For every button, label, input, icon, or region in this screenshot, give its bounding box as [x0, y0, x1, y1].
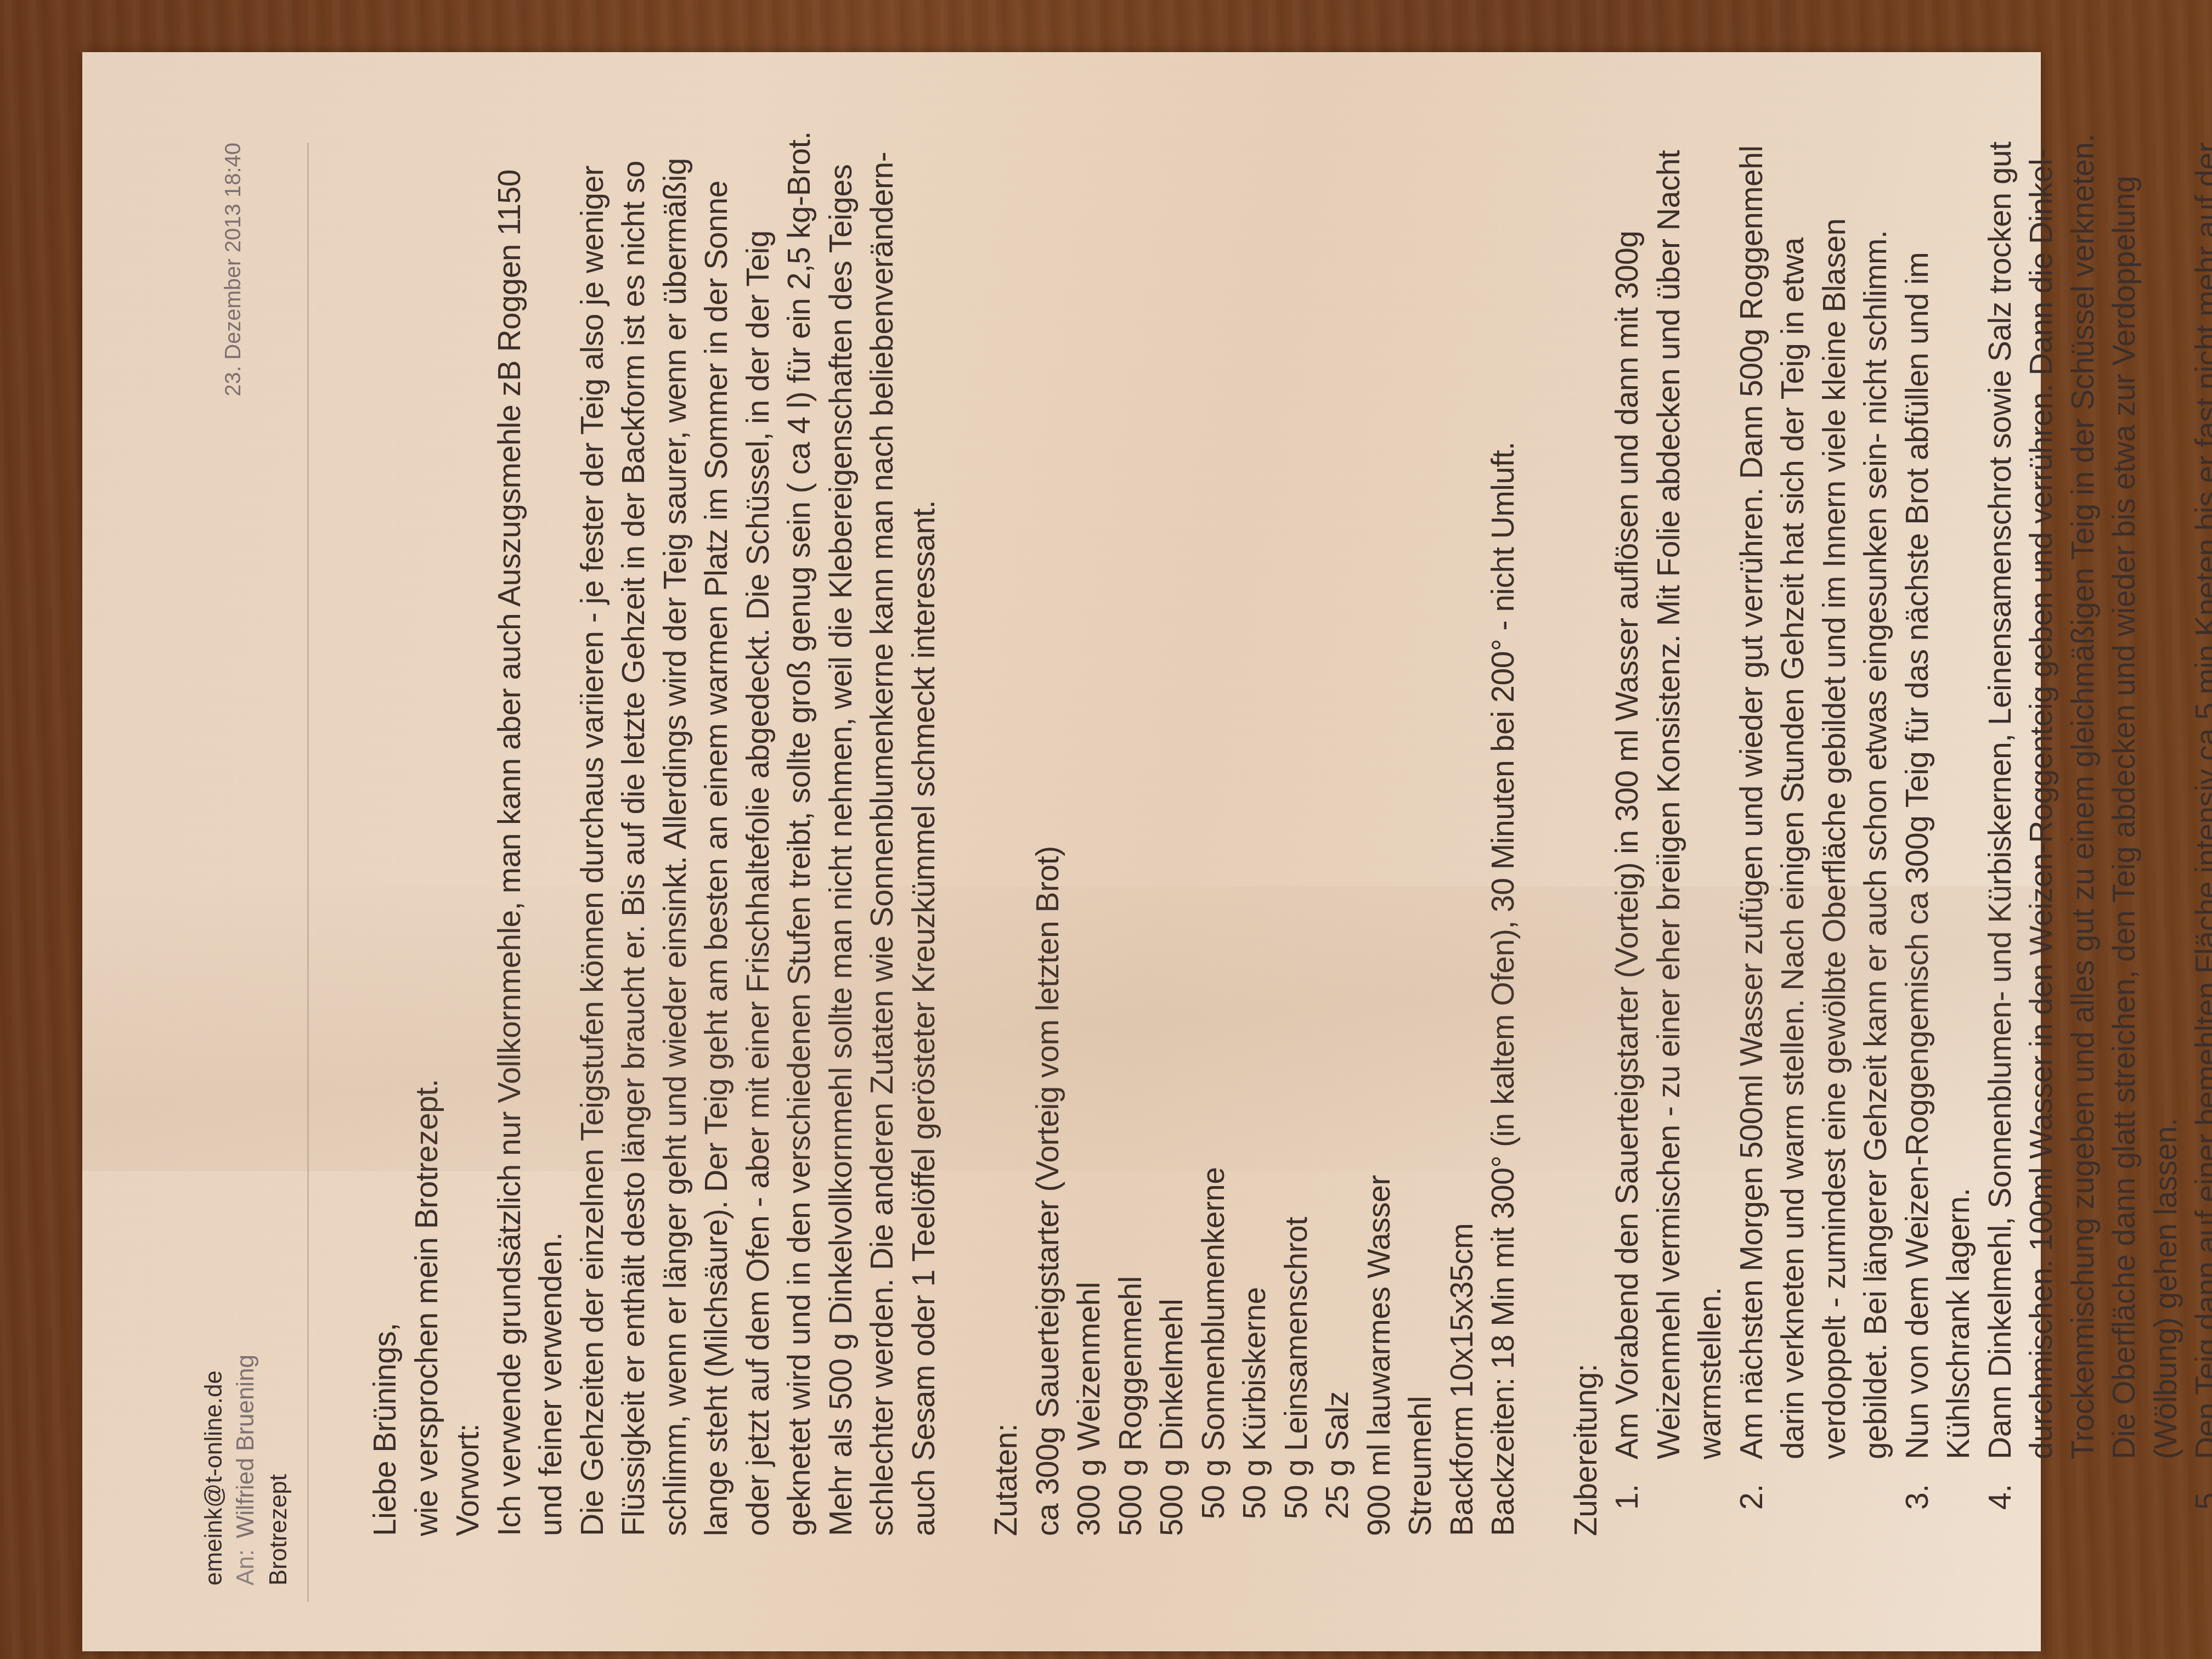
- greeting-line: Liebe Brünings,: [365, 121, 407, 1536]
- ingredient-item: 50 g Leinsamenschrot: [1276, 121, 1318, 1536]
- header-divider: [307, 143, 309, 1602]
- preparation-step: Am nächsten Morgen 500ml Wasser zufügen …: [1731, 121, 1897, 1476]
- greeting-line: wie versprochen mein Brotrezept.: [407, 121, 448, 1536]
- ingredient-item: ca 300g Sauerteigstarter (Vorteig vom le…: [1028, 121, 1069, 1536]
- recipient-name: Wilfried Bruening: [232, 1355, 259, 1538]
- ingredients-heading: Zutaten:: [986, 121, 1028, 1536]
- vorwort-heading: Vorwort:: [448, 121, 489, 1536]
- recipient-line: An:Wilfried Bruening: [232, 1355, 259, 1585]
- vorwort-paragraph: Ich verwende grundsätzlich nur Vollkornm…: [489, 121, 572, 1536]
- ingredient-item: 50 g Sonnenblumenkerne: [1193, 121, 1235, 1536]
- ingredient-item: 50 g Kürbiskerne: [1234, 121, 1276, 1536]
- ingredient-item: 500 g Dinkelmehl: [1152, 121, 1193, 1536]
- recipient-label: An:: [232, 1549, 259, 1585]
- ingredient-item: 300 g Weizenmehl: [1069, 121, 1110, 1536]
- ingredient-item: 25 g Salz: [1317, 121, 1359, 1536]
- ingredient-item: Backform 10x15x35cm: [1442, 121, 1483, 1536]
- preparation-heading: Zubereitung:: [1566, 121, 1607, 1536]
- preparation-step: Am Vorabend den Sauerteigstarter (Vortei…: [1607, 121, 1731, 1476]
- printed-email: emeink@t-online.de An:Wilfried Bruening …: [200, 121, 2120, 1602]
- vorwort-paragraph: Die Gehzeiten der einzelnen Teigstufen k…: [572, 121, 945, 1536]
- preparation-section: Zubereitung: Am Vorabend den Sauerteigst…: [1566, 121, 2212, 1536]
- step-text: Den Teig dann auf einer bemehlten Fläche…: [2190, 124, 2212, 1459]
- baking-times: Backzeiten: 18 Min mit 300° (in kaltem O…: [1483, 121, 1525, 1536]
- letter-body: Liebe Brünings, wie versprochen mein Bro…: [337, 121, 2212, 1602]
- email-subject: Brotrezept: [265, 1474, 292, 1585]
- preparation-step: Den Teig dann auf einer bemehlten Fläche…: [2187, 121, 2212, 1476]
- ingredient-item: 500 g Roggenmehl: [1110, 121, 1152, 1536]
- email-date: 23. Dezember 2013 18:40: [221, 143, 246, 397]
- email-header: emeink@t-online.de An:Wilfried Bruening …: [200, 121, 337, 1602]
- preparation-step: Dann Dinkelmehl, Sonnenblumen- und Kürbi…: [1980, 121, 2187, 1476]
- ingredient-item: Streumehl: [1400, 121, 1442, 1536]
- preparation-steps: Am Vorabend den Sauerteigstarter (Vortei…: [1607, 121, 2212, 1536]
- preparation-step: Nun von dem Weizen-Roggengemisch ca 300g…: [1897, 121, 1980, 1476]
- ingredient-item: 900 ml lauwarmes Wasser: [1359, 121, 1401, 1536]
- sender-address: emeink@t-online.de: [200, 1370, 228, 1585]
- ingredients-section: Zutaten: ca 300g Sauerteigstarter (Vorte…: [986, 121, 1525, 1536]
- paper-sheet: emeink@t-online.de An:Wilfried Bruening …: [82, 52, 2041, 1651]
